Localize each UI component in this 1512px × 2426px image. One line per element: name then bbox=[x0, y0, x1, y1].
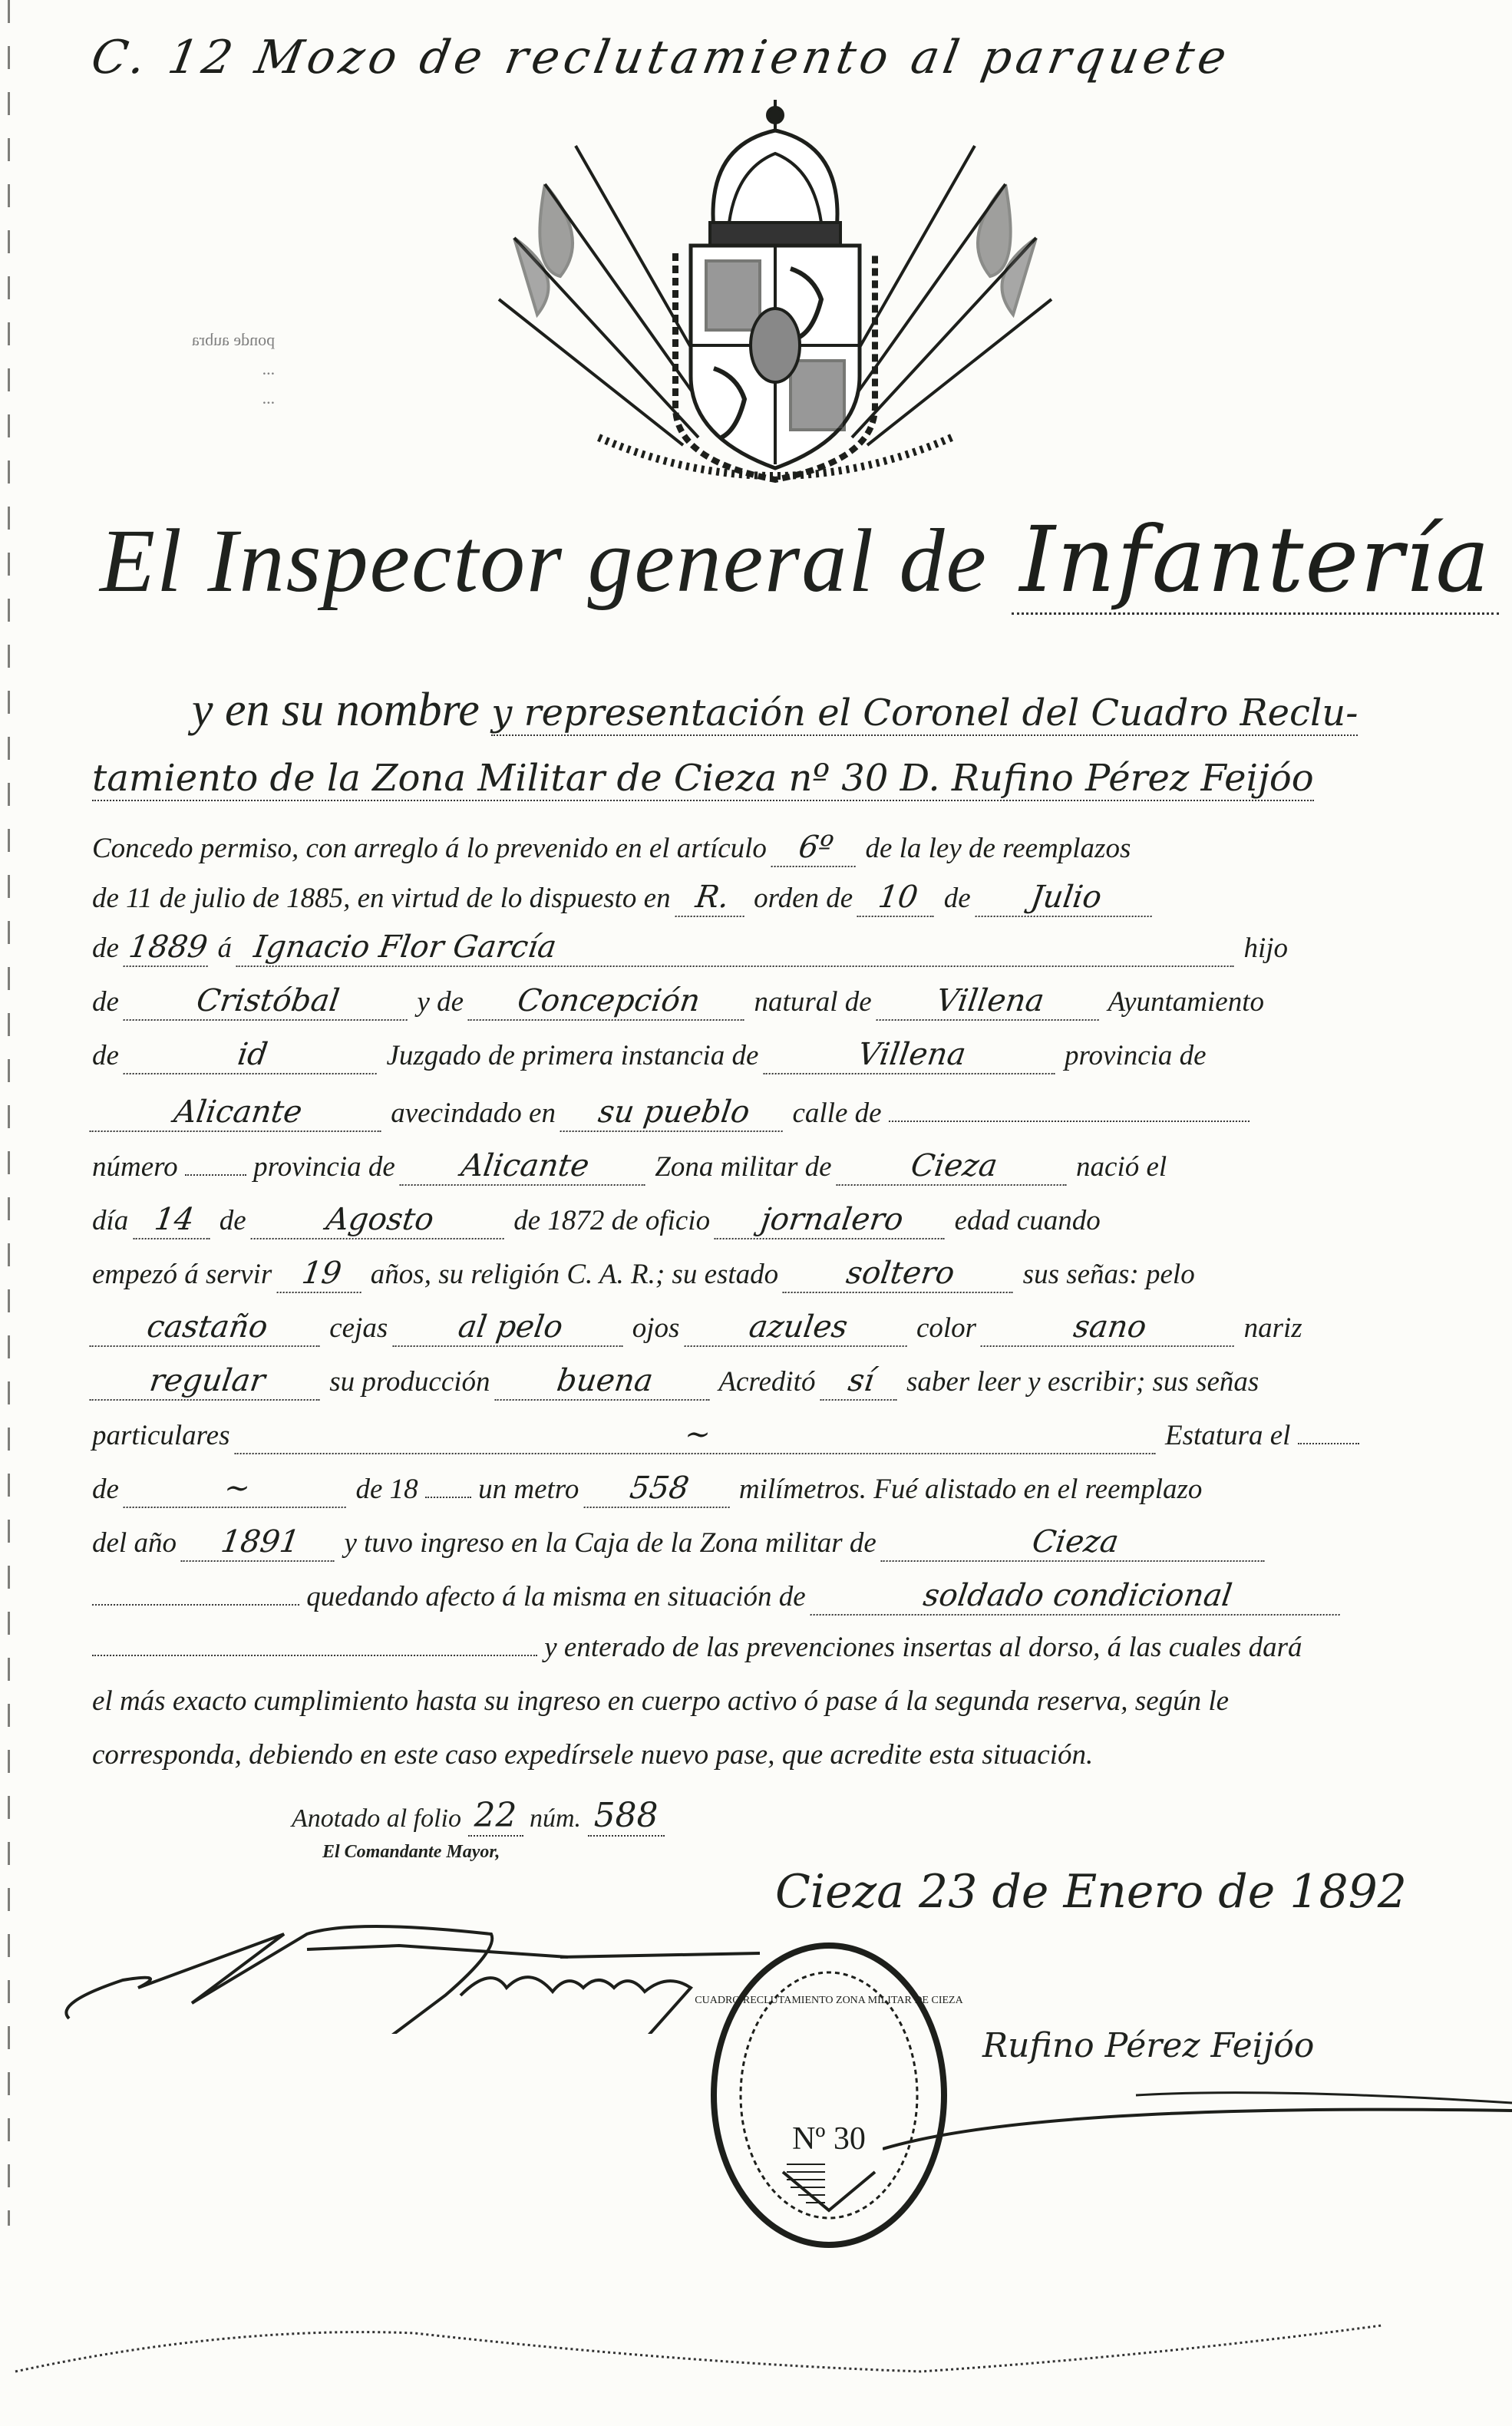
field-situacion: soldado condicional bbox=[810, 1577, 1345, 1616]
field-nac-mes: Agosto bbox=[250, 1201, 509, 1239]
field-edad: 19 bbox=[276, 1255, 366, 1293]
field-reemplazo-anio: 1891 bbox=[181, 1523, 340, 1562]
field-particulares: ~ bbox=[234, 1416, 1160, 1454]
field-juzgado: Villena bbox=[763, 1036, 1060, 1074]
field-folio: 22 bbox=[468, 1796, 523, 1837]
field-caja: Cieza bbox=[881, 1523, 1270, 1562]
scan-edge bbox=[8, 0, 10, 2226]
paragraph-line-15: quedando afecto á la misma en situación … bbox=[92, 1577, 1458, 1616]
field-ojos: azules bbox=[684, 1309, 912, 1347]
field-blank-15 bbox=[92, 1604, 299, 1606]
field-acredito: sí bbox=[820, 1362, 902, 1401]
anotado-line: Anotado al folio 22 núm. 588 bbox=[292, 1796, 665, 1835]
field-natural: Villena bbox=[876, 982, 1104, 1021]
signature-flourish-icon bbox=[883, 2072, 1512, 2164]
paragraph-line-7: número provincia de Alicante Zona milita… bbox=[92, 1147, 1458, 1186]
comandante-label: El Comandante Mayor, bbox=[322, 1842, 500, 1863]
place-date: Cieza 23 de Enero de 1892 bbox=[775, 1865, 1407, 1919]
field-madre: Concepción bbox=[468, 982, 750, 1021]
field-color: sano bbox=[981, 1309, 1240, 1347]
svg-text:CUADRO RECLUTAMIENTO ZONA MILI: CUADRO RECLUTAMIENTO ZONA MILITAR DE CIE… bbox=[695, 1995, 963, 2006]
field-nac-dia: 14 bbox=[133, 1201, 215, 1239]
field-provincia: Alicante bbox=[89, 1094, 386, 1132]
field-numero bbox=[185, 1174, 246, 1176]
representation-line-1: y en su nombre y representación el Coron… bbox=[192, 683, 1358, 738]
field-blank-16 bbox=[92, 1655, 537, 1656]
representation-line-2: tamiento de la Zona Militar de Cieza nº … bbox=[92, 748, 1314, 803]
field-produccion: buena bbox=[494, 1362, 715, 1401]
field-estatura-mes: ~ bbox=[124, 1470, 352, 1508]
field-oficio: jornalero bbox=[715, 1201, 950, 1239]
paragraph-line-16: y enterado de las prevenciones insertas … bbox=[92, 1631, 1458, 1665]
signature-comandante-icon bbox=[31, 1903, 768, 2034]
coat-of-arms-icon bbox=[484, 84, 1067, 484]
paragraph-line-3: de 1889 á Ignacio Flor García hijo bbox=[92, 929, 1458, 967]
field-cejas: al pelo bbox=[392, 1309, 628, 1347]
paragraph-line-6: Alicante avecindado en su pueblo calle d… bbox=[92, 1094, 1458, 1132]
paragraph-line-10: castaño cejas al pelo ojos azules color … bbox=[92, 1309, 1458, 1347]
paragraph-line-17: el más exacto cumplimiento hasta su ingr… bbox=[92, 1685, 1458, 1718]
field-pelo: castaño bbox=[89, 1309, 325, 1347]
representation-filled-2: tamiento de la Zona Militar de Cieza nº … bbox=[92, 757, 1314, 801]
paragraph-line-4: de Cristóbal y de Concepción natural de … bbox=[92, 982, 1458, 1021]
svg-text:Nº 30: Nº 30 bbox=[792, 2121, 866, 2157]
paragraph-line-13: de ~ de 18 un metro 558 milímetros. Fué … bbox=[92, 1470, 1458, 1508]
title-printed: El Inspector general de bbox=[100, 510, 988, 611]
field-estatura-dia bbox=[1298, 1443, 1359, 1444]
document-title: El Inspector general de Infantería bbox=[100, 507, 1499, 613]
signature-coronel: Rufino Pérez Feijóo bbox=[982, 2026, 1314, 2065]
field-estatura-anio bbox=[425, 1497, 471, 1498]
paragraph-line-1: Concedo permiso, con arreglo á lo preven… bbox=[92, 829, 1458, 867]
field-disposicion: R. bbox=[675, 879, 749, 917]
field-orden-mes: Julio bbox=[975, 879, 1157, 917]
field-estado: soltero bbox=[783, 1255, 1018, 1293]
field-avecindado: su pueblo bbox=[560, 1094, 788, 1132]
paragraph-line-8: día 14 de Agosto de 1872 de oficio jorna… bbox=[92, 1201, 1458, 1239]
field-orden-dia: 10 bbox=[857, 879, 939, 917]
field-zona: Cieza bbox=[836, 1147, 1071, 1186]
field-num: 588 bbox=[588, 1796, 665, 1837]
field-orden-anio: 1889 bbox=[124, 929, 213, 967]
page-fold-edge bbox=[0, 2310, 1512, 2387]
field-padre: Cristóbal bbox=[124, 982, 413, 1021]
paragraph-line-2: de 11 de julio de 1885, en virtud de lo … bbox=[92, 879, 1458, 917]
title-filled-field: Infantería bbox=[1012, 507, 1498, 615]
field-nariz: regular bbox=[89, 1362, 325, 1401]
paragraph-line-9: empezó á servir 19 años, su religión C. … bbox=[92, 1255, 1458, 1293]
field-ayuntamiento: id bbox=[124, 1036, 382, 1074]
paragraph-line-11: regular su producción buena Acreditó sí … bbox=[92, 1362, 1458, 1401]
paragraph-line-14: del año 1891 y tuvo ingreso en la Caja d… bbox=[92, 1523, 1458, 1562]
field-articulo: 6º bbox=[771, 829, 861, 867]
handwritten-top-note: C. 12 Mozo de reclutamiento al parquete bbox=[87, 31, 1235, 84]
paragraph-line-12: particulares ~ Estatura el bbox=[92, 1416, 1458, 1454]
field-calle bbox=[889, 1121, 1250, 1122]
paragraph-line-5: de id Juzgado de primera instancia de Vi… bbox=[92, 1036, 1458, 1074]
representation-filled-1: y representación el Coronel del Cuadro R… bbox=[491, 691, 1358, 736]
field-nombre: Ignacio Flor García bbox=[236, 929, 1240, 967]
bleed-through-text: ponde aubra ... ... bbox=[192, 330, 275, 418]
field-provincia-2: Alicante bbox=[400, 1147, 651, 1186]
field-estatura-mm: 558 bbox=[583, 1470, 735, 1508]
paragraph-line-18: corresponda, debiendo en este caso exped… bbox=[92, 1738, 1458, 1772]
